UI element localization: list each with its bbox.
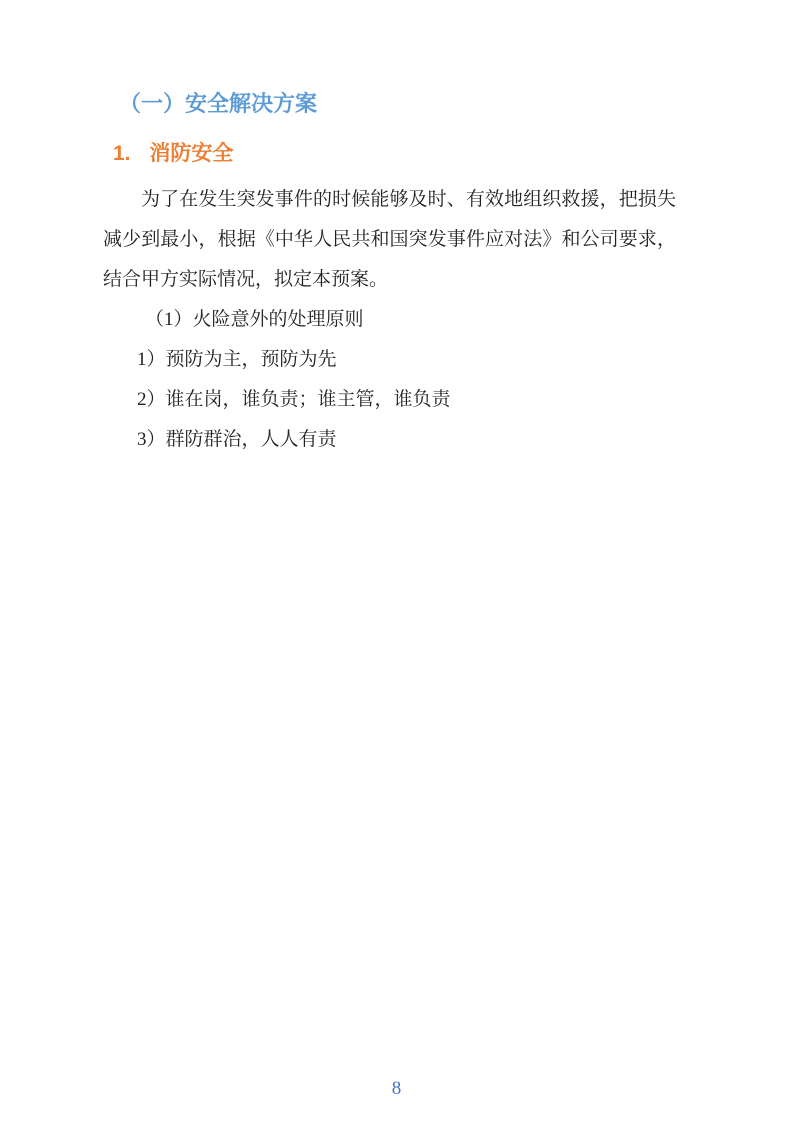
paragraph-line: 减少到最小，根据《中华人民共和国突发事件应对法》和公司要求， bbox=[103, 220, 676, 260]
principles-list: （1）火险意外的处理原则 1）预防为主，预防为先 2）谁在岗，谁负责；谁主管，谁… bbox=[103, 300, 676, 460]
page-number: 8 bbox=[0, 1078, 793, 1100]
document-page: （一）安全解决方案 1. 消防安全 为了在发生突发事件的时候能够及时、有效地组织… bbox=[0, 0, 793, 1122]
list-item: 1）预防为主，预防为先 bbox=[103, 340, 676, 380]
paragraph-line: 结合甲方实际情况，拟定本预案。 bbox=[103, 260, 676, 300]
list-item: 2）谁在岗，谁负责；谁主管，谁负责 bbox=[103, 380, 676, 420]
body-paragraph: 为了在发生突发事件的时候能够及时、有效地组织救援，把损失 减少到最小，根据《中华… bbox=[103, 180, 676, 300]
subsection-heading: 1. 消防安全 bbox=[113, 141, 676, 166]
list-item: 3）群防群治，人人有责 bbox=[103, 420, 676, 460]
subsection-number: 1. bbox=[113, 142, 131, 165]
page-content: （一）安全解决方案 1. 消防安全 为了在发生突发事件的时候能够及时、有效地组织… bbox=[103, 0, 676, 460]
list-item: （1）火险意外的处理原则 bbox=[103, 300, 676, 340]
paragraph-line: 为了在发生突发事件的时候能够及时、有效地组织救援，把损失 bbox=[103, 180, 676, 220]
subsection-title: 消防安全 bbox=[149, 142, 233, 165]
section-heading: （一）安全解决方案 bbox=[119, 91, 676, 117]
